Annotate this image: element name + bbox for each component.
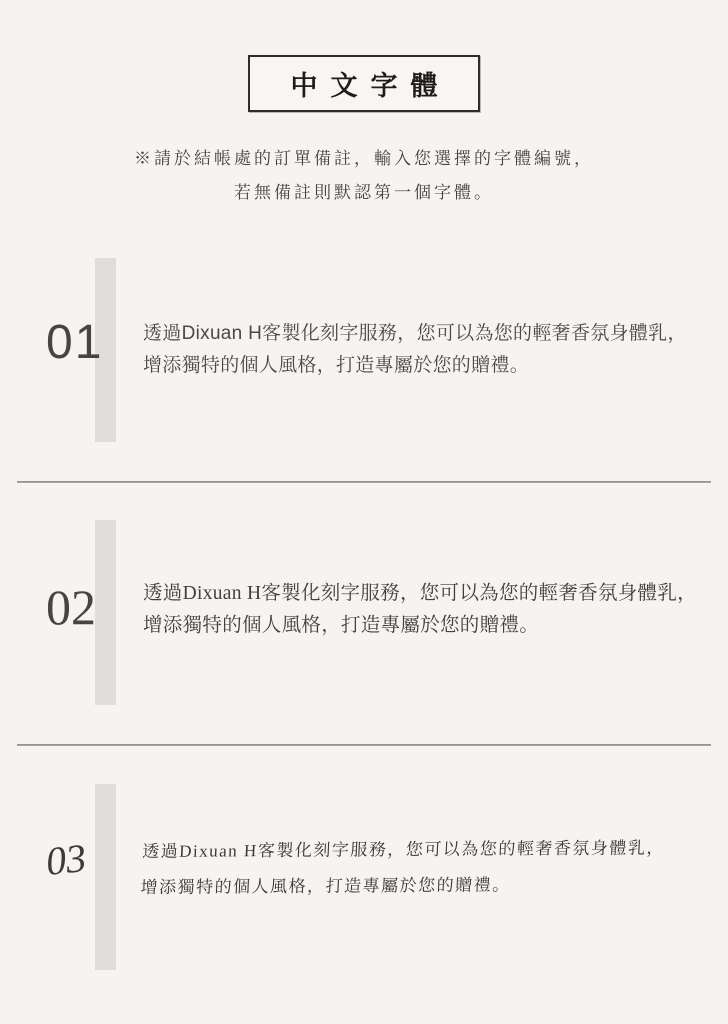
font-sample-text: 透過Dixuan H客製化刻字服務，您可以為您的輕奢香氛身體乳， 增添獨特的個人… (143, 318, 718, 382)
font-number: 02 (46, 582, 96, 632)
section-divider (17, 481, 711, 483)
font-sample-02: 02 透過Dixuan H客製化刻字服務，您可以為您的輕奢香氛身體乳， 增添獨特… (0, 520, 728, 705)
section-divider (17, 744, 711, 746)
order-instructions: ※請於結帳處的訂單備註，輸入您選擇的字體編號， 若無備註則默認第一個字體。 (0, 142, 728, 210)
font-sample-01: 01 透過Dixuan H客製化刻字服務，您可以為您的輕奢香氛身體乳， 增添獨特… (0, 258, 728, 442)
font-number: 03 (44, 838, 88, 882)
font-sample-text: 透過Dixuan H客製化刻字服務，您可以為您的輕奢香氛身體乳， 增添獨特的個人… (143, 578, 718, 642)
sample-text-line-1: 透過Dixuan H客製化刻字服務，您可以為您的輕奢香氛身體乳， (143, 318, 718, 350)
instruction-line-1: ※請於結帳處的訂單備註，輸入您選擇的字體編號， (0, 142, 728, 176)
sample-text-line-2: 增添獨特的個人風格，打造專屬於您的贈禮。 (143, 350, 718, 382)
font-sample-03: 03 透過Dixuan H客製化刻字服務，您可以為您的輕奢香氛身體乳， 增添獨特… (0, 784, 728, 970)
instruction-line-2: 若無備註則默認第一個字體。 (0, 176, 728, 210)
font-sample-text: 透過Dixuan H客製化刻字服務，您可以為您的輕奢香氛身體乳， 增添獨特的個人… (140, 830, 718, 906)
sample-text-line-1: 透過Dixuan H客製化刻字服務，您可以為您的輕奢香氛身體乳， (143, 578, 718, 610)
accent-bar (95, 520, 116, 705)
font-number: 01 (46, 319, 103, 367)
title-box: 中文字體 (248, 55, 480, 112)
chinese-font-options-page: 中文字體 ※請於結帳處的訂單備註，輸入您選擇的字體編號， 若無備註則默認第一個字… (0, 0, 728, 1024)
sample-text-line-2: 增添獨特的個人風格，打造專屬於您的贈禮。 (143, 610, 718, 642)
page-title: 中文字體 (278, 64, 451, 103)
sample-text-line-2: 增添獨特的個人風格，打造專屬於您的贈禮。 (140, 866, 717, 906)
accent-bar (95, 784, 116, 970)
sample-text-line-1: 透過Dixuan H客製化刻字服務，您可以為您的輕奢香氛身體乳， (141, 830, 718, 870)
